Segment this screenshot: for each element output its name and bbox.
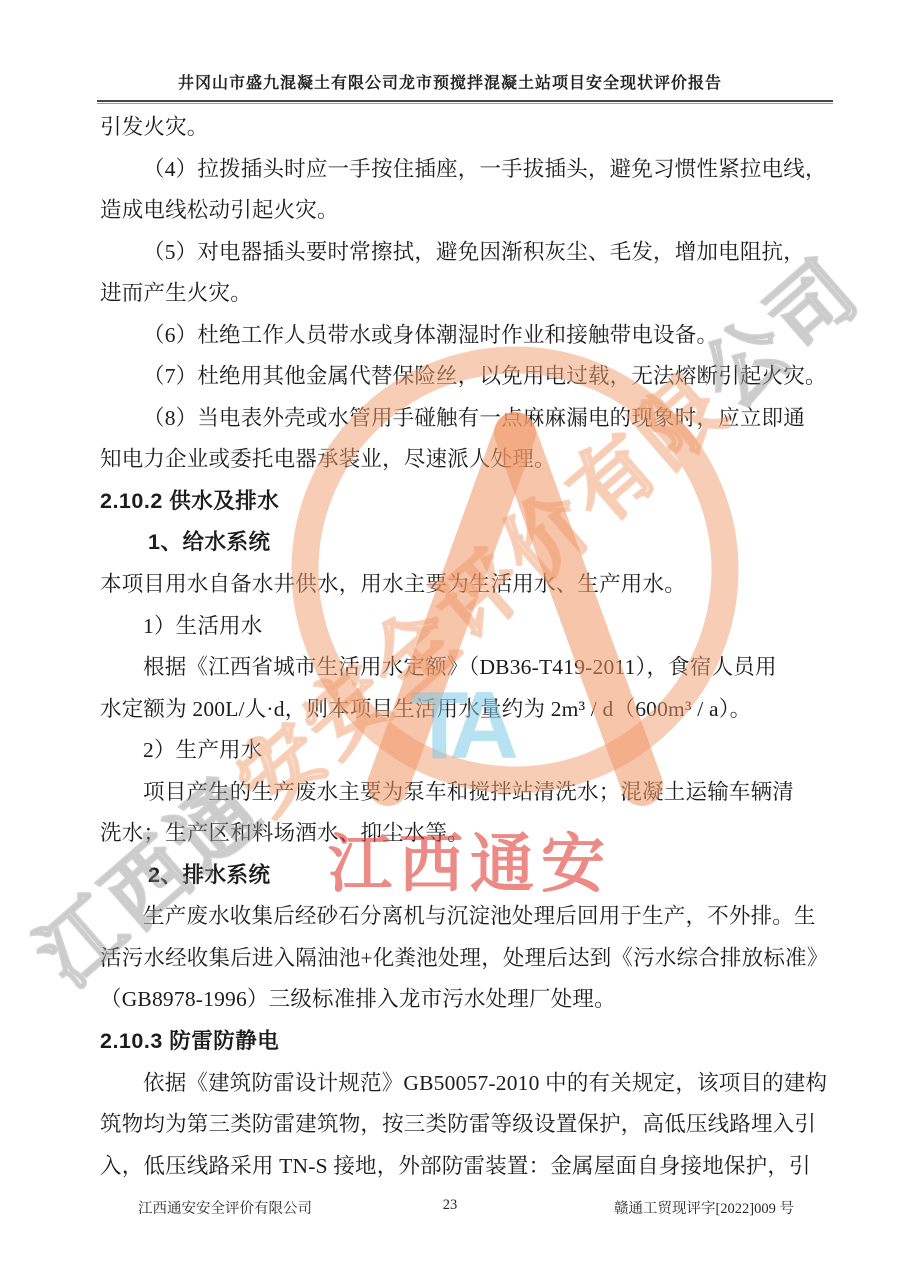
text-line: 项目产生的生产废水主要为泵车和搅拌站清洗水；混凝土运输车辆清 [100,772,836,814]
text-line: （GB8978-1996）三级标准排入龙市污水处理厂处理。 [100,979,836,1021]
text-line: 1、给水系统 [100,522,836,564]
text-line: 2.10.3 防雷防静电 [100,1021,836,1063]
text-line: 2.10.2 供水及排水 [100,481,836,523]
text-line: 水定额为 200L/人·d，则本项目生活用水量约为 2m³ / d（600m³ … [100,689,836,731]
document-body: 引发火灾。（4）拉拨插头时应一手按住插座，一手拔插头，避免习惯性紧拉电线，造成电… [100,107,836,1187]
text-line: 本项目用水自备水井供水，用水主要为生活用水、生产用水。 [100,564,836,606]
text-line: 知电力企业或委托电器承装业，尽速派人处理。 [100,439,836,481]
text-line: 造成电线松动引起火灾。 [100,190,836,232]
text-line: 依据《建筑防雷设计规范》GB50057-2010 中的有关规定，该项目的建构 [100,1063,836,1105]
footer-doc-number: 赣通工贸现评字[2022]009 号 [614,1197,794,1218]
text-line: 活污水经收集后进入隔油池+化粪池处理，处理后达到《污水综合排放标准》 [100,938,836,980]
text-line: 2）生产用水 [100,730,836,772]
text-line: 2、排水系统 [100,855,836,897]
text-line: （4）拉拨插头时应一手按住插座，一手拔插头，避免习惯性紧拉电线， [100,149,836,191]
text-line: （8）当电表外壳或水管用手碰触有一点麻麻漏电的现象时，应立即通 [100,398,836,440]
text-line: 生产废水收集后经砂石分离机与沉淀池处理后回用于生产，不外排。生 [100,896,836,938]
text-line: 根据《江西省城市生活用水定额》（DB36-T419-2011），食宿人员用 [100,647,836,689]
text-line: 进而产生火灾。 [100,273,836,315]
text-line: （6）杜绝工作人员带水或身体潮湿时作业和接触带电设备。 [100,315,836,357]
header-rule [97,100,833,104]
page-header-title: 井冈山市盛九混凝土有限公司龙市预搅拌混凝土站项目安全现状评价报告 [0,70,900,93]
document-page: 井冈山市盛九混凝土有限公司龙市预搅拌混凝土站项目安全现状评价报告 引发火灾。（4… [0,0,900,1274]
text-line: （5）对电器插头要时常擦拭，避免因渐积灰尘、毛发，增加电阻抗， [100,232,836,274]
text-line: 引发火灾。 [100,107,836,149]
text-line: 洗水；生产区和料场酒水、抑尘水等。 [100,813,836,855]
text-line: 1）生活用水 [100,606,836,648]
text-line: （7）杜绝用其他金属代替保险丝，以免用电过载，无法熔断引起火灾。 [100,356,836,398]
text-line: 筑物均为第三类防雷建筑物，按三类防雷等级设置保护，高低压线路埋入引 [100,1104,836,1146]
text-line: 入，低压线路采用 TN-S 接地，外部防雷装置：金属屋面自身接地保护，引 [100,1146,836,1188]
